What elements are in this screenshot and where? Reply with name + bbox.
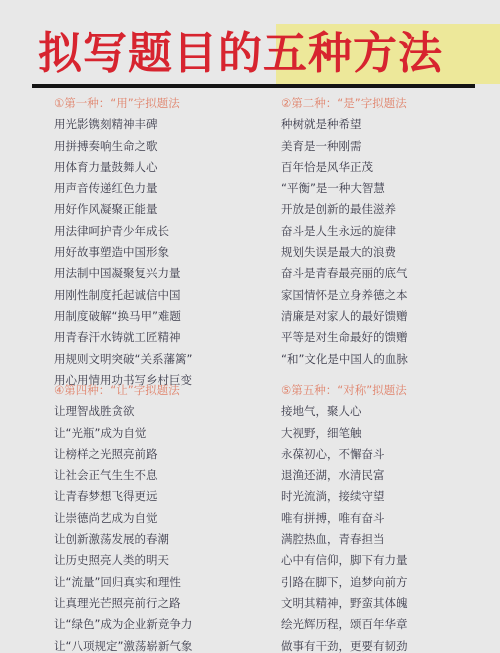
list-item: 奋斗是人生永远的旋律: [281, 221, 408, 242]
section-heading: ⑤第五种：“对称”拟题法: [281, 380, 408, 401]
list-item: 规划失误是最大的浪费: [281, 242, 408, 263]
list-item: 文明其精神，野蛮其体魄: [281, 593, 408, 614]
list-item: 用刚性制度托起诚信中国: [54, 285, 192, 306]
list-item: 开放是创新的最佳滋养: [281, 199, 408, 220]
list-item: 用拼搏奏响生命之歌: [54, 136, 192, 157]
page-title: 拟写题目的五种方法: [38, 28, 443, 80]
list-item: 用制度破解“换马甲”难题: [54, 306, 192, 327]
title-part-1: 拟写题目的: [38, 28, 263, 79]
title-part-2: 五种方法: [263, 28, 443, 79]
list-item: 用好作风凝聚正能量: [54, 199, 192, 220]
list-item: 心中有信仰，脚下有力量: [281, 550, 408, 571]
list-item: 让真理光芒照亮前行之路: [54, 593, 192, 614]
list-item: 让历史照亮人类的明天: [54, 550, 192, 571]
list-item: 做事有干劲，更要有韧劲: [281, 636, 408, 653]
list-item: 让“光瓶”成为自觉: [54, 423, 192, 444]
list-item: 百年恰是风华正茂: [281, 157, 408, 178]
list-item: 让青春梦想飞得更远: [54, 486, 192, 507]
section-heading: ②第二种：“是”字拟题法: [281, 93, 408, 114]
list-item: 绘光辉历程，颂百年华章: [281, 614, 408, 635]
list-item: 接地气，聚人心: [281, 401, 408, 422]
list-item: 让崇德尚艺成为自觉: [54, 508, 192, 529]
list-item: 满腔热血，青春担当: [281, 529, 408, 550]
list-item: 用法律呵护青少年成长: [54, 221, 192, 242]
list-item: 大视野，细笔触: [281, 423, 408, 444]
list-item: 用声音传递红色力量: [54, 178, 192, 199]
list-item: 让理智战胜贪欲: [54, 401, 192, 422]
title-block: 拟写题目的五种方法: [32, 24, 476, 86]
list-item: 用体育力量鼓舞人心: [54, 157, 192, 178]
list-item: 让“绿色”成为企业新竞争力: [54, 614, 192, 635]
list-item: 引路在脚下，追梦向前方: [281, 572, 408, 593]
list-item: 家国情怀是立身养德之本: [281, 285, 408, 306]
section-yong: ①第一种：“用”字拟题法 用光影镌刻精神丰碑 用拼搏奏响生命之歌 用体育力量鼓舞…: [54, 93, 192, 391]
list-item: 永葆初心，不懈奋斗: [281, 444, 408, 465]
list-item: 平等是对生命最好的馈赠: [281, 327, 408, 348]
list-item: “和”文化是中国人的血脉: [281, 349, 408, 370]
section-heading: ④第四种：“让”字拟题法: [54, 380, 192, 401]
list-item: 让“八项规定”激荡崭新气象: [54, 636, 192, 653]
list-item: 让榜样之光照亮前路: [54, 444, 192, 465]
list-item: 时光流淌，接续守望: [281, 486, 408, 507]
list-item: 用好故事塑造中国形象: [54, 242, 192, 263]
list-item: 种树就是种希望: [281, 114, 408, 135]
list-item: 唯有拼搏，唯有奋斗: [281, 508, 408, 529]
list-item: 用法制中国凝聚复兴力量: [54, 263, 192, 284]
list-item: 让创新激荡发展的春潮: [54, 529, 192, 550]
section-shi: ②第二种：“是”字拟题法 种树就是种希望 美育是一种刚需 百年恰是风华正茂 “平…: [281, 93, 408, 370]
section-heading: ①第一种：“用”字拟题法: [54, 93, 192, 114]
list-item: 奋斗是青春最亮丽的底气: [281, 263, 408, 284]
list-item: “平衡”是一种大智慧: [281, 178, 408, 199]
list-item: 让社会正气生生不息: [54, 465, 192, 486]
section-duichen: ⑤第五种：“对称”拟题法 接地气，聚人心 大视野，细笔触 永葆初心，不懈奋斗 退…: [281, 380, 408, 653]
list-item: 清廉是对家人的最好馈赠: [281, 306, 408, 327]
list-item: 用光影镌刻精神丰碑: [54, 114, 192, 135]
list-item: 退渔还湖，水清民富: [281, 465, 408, 486]
list-item: 让“流量”回归真实和理性: [54, 572, 192, 593]
section-rang: ④第四种：“让”字拟题法 让理智战胜贪欲 让“光瓶”成为自觉 让榜样之光照亮前路…: [54, 380, 192, 653]
title-underline: [32, 84, 475, 88]
list-item: 用青春汗水铸就工匠精神: [54, 327, 192, 348]
list-item: 美育是一种刚需: [281, 136, 408, 157]
list-item: 用规则文明突破“关系藩篱”: [54, 349, 192, 370]
